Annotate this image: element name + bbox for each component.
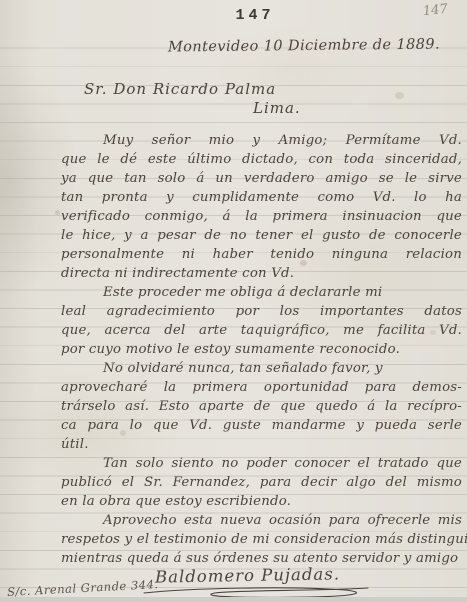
paper-stain	[55, 210, 60, 215]
dateline: Montevideo 10 Diciembre de 1889.	[168, 37, 448, 56]
scan-edge	[0, 597, 467, 602]
body-line: tan pronta y cumplidamente como Vd. lo h…	[61, 188, 462, 207]
body-line: útil.	[61, 435, 462, 454]
sender-address-note: S/c. Arenal Grande 344.	[7, 577, 159, 599]
body-line: que le dé este último dictado, con toda …	[61, 150, 462, 169]
body-line: Este proceder me obliga á declararle mi	[61, 283, 462, 302]
body-line: personalmente ni haber tenido ninguna re…	[61, 245, 462, 264]
body-line: ca para lo que Vd. guste mandarme y pued…	[61, 416, 462, 435]
body-line: Muy señor mio y Amigo; Permítame Vd.	[61, 131, 462, 150]
handwritten-page-number: 147	[422, 2, 448, 20]
addressee-city: Lima.	[253, 99, 301, 117]
letter-body: Muy señor mio y Amigo; Permítame Vd. que…	[61, 131, 462, 568]
addressee-name: Sr. Don Ricardo Palma	[84, 80, 276, 98]
body-line: directa ni indirectamente con Vd.	[61, 264, 462, 283]
body-line: por cuyo motivo le estoy sumamente recon…	[61, 340, 462, 359]
body-line: respetos y el testimonio de mi considera…	[61, 530, 462, 549]
body-line: verificado conmigo, á la primera insinua…	[61, 207, 462, 226]
body-line: le hice, y a pesar de no tener el gusto …	[61, 226, 462, 245]
body-line: aprovecharé la primera oportunidad para …	[61, 378, 462, 397]
letter-page: 147 147 Montevideo 10 Diciembre de 1889.…	[0, 0, 467, 602]
printed-page-number: 147	[225, 7, 285, 24]
body-line: Tan solo siento no poder conocer el trat…	[61, 454, 462, 473]
paper-stain	[395, 92, 404, 99]
body-line: ya que tan solo á un verdadero amigo se …	[61, 169, 462, 188]
body-line: Aprovecho esta nueva ocasión para ofrece…	[61, 511, 462, 530]
body-line: que, acerca del arte taquigráfico, me fa…	[61, 321, 462, 340]
body-line: No olvidaré nunca, tan señalado favor, y	[61, 359, 462, 378]
body-line: trárselo así. Esto aparte de que quedo á…	[61, 397, 462, 416]
body-line: publicó el Sr. Fernandez, para decir alg…	[61, 473, 462, 492]
body-line: en la obra que estoy escribiendo.	[61, 492, 462, 511]
body-line: leal agradecimiento por los importantes …	[61, 302, 462, 321]
